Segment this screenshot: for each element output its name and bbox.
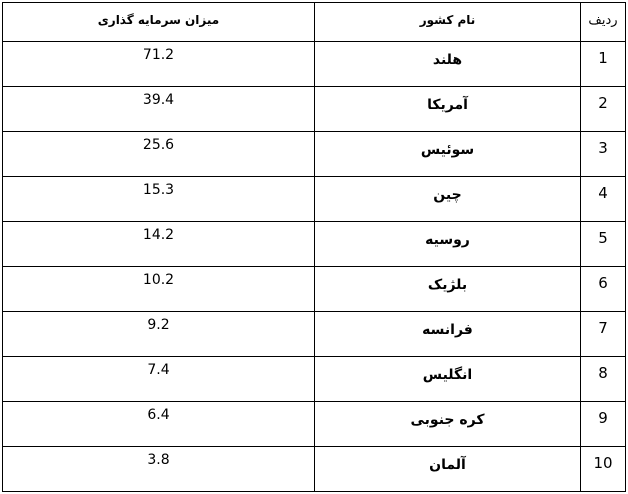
row-index: 7 [598, 319, 608, 337]
table-row: 7.4 انگلیس 8 [3, 357, 626, 402]
country-name: آلمان [429, 457, 466, 473]
country-name: بلژیک [428, 277, 467, 293]
amount-cell: 14.2 [3, 222, 315, 267]
table-row: 10.2 بلژیک 6 [3, 267, 626, 312]
amount-cell: 15.3 [3, 177, 315, 222]
index-cell: 6 [581, 267, 626, 312]
amount-value: 6.4 [147, 407, 169, 423]
country-cell: فرانسه [315, 312, 581, 357]
index-cell: 2 [581, 87, 626, 132]
row-index: 8 [598, 364, 608, 382]
header-index: ردیف [581, 3, 626, 42]
country-name: کره جنوبی [411, 412, 485, 428]
amount-cell: 25.6 [3, 132, 315, 177]
header-country-label: نام کشور [420, 13, 476, 27]
country-name: انگلیس [423, 367, 472, 383]
amount-cell: 10.2 [3, 267, 315, 312]
amount-cell: 39.4 [3, 87, 315, 132]
amount-value: 15.3 [143, 182, 174, 198]
row-index: 3 [598, 139, 608, 157]
index-cell: 7 [581, 312, 626, 357]
country-name: سوئیس [421, 142, 474, 158]
row-index: 4 [598, 184, 608, 202]
row-index: 2 [598, 94, 608, 112]
index-cell: 10 [581, 447, 626, 492]
amount-value: 25.6 [143, 137, 174, 153]
country-cell: روسیه [315, 222, 581, 267]
amount-cell: 9.2 [3, 312, 315, 357]
row-index: 5 [598, 229, 608, 247]
amount-value: 9.2 [147, 317, 169, 333]
amount-cell: 71.2 [3, 42, 315, 87]
table-row: 9.2 فرانسه 7 [3, 312, 626, 357]
row-index: 6 [598, 274, 608, 292]
investment-table: میزان سرمایه گذاری نام کشور ردیف 71.2 هل… [2, 2, 626, 492]
table-header-row: میزان سرمایه گذاری نام کشور ردیف [3, 3, 626, 42]
table-row: 39.4 آمریکا 2 [3, 87, 626, 132]
country-name: هلند [433, 52, 462, 68]
header-country: نام کشور [315, 3, 581, 42]
row-index: 1 [598, 49, 608, 67]
table-row: 6.4 کره جنوبی 9 [3, 402, 626, 447]
index-cell: 1 [581, 42, 626, 87]
index-cell: 8 [581, 357, 626, 402]
index-cell: 3 [581, 132, 626, 177]
table-row: 71.2 هلند 1 [3, 42, 626, 87]
index-cell: 5 [581, 222, 626, 267]
country-cell: بلژیک [315, 267, 581, 312]
country-name: چین [433, 187, 461, 203]
amount-value: 14.2 [143, 227, 174, 243]
table-row: 25.6 سوئیس 3 [3, 132, 626, 177]
country-cell: سوئیس [315, 132, 581, 177]
country-cell: انگلیس [315, 357, 581, 402]
header-index-label: ردیف [588, 13, 617, 28]
country-cell: آلمان [315, 447, 581, 492]
row-index: 10 [593, 454, 612, 472]
country-name: روسیه [425, 232, 470, 248]
index-cell: 9 [581, 402, 626, 447]
table-row: 14.2 روسیه 5 [3, 222, 626, 267]
country-name: آمریکا [427, 97, 468, 113]
amount-cell: 6.4 [3, 402, 315, 447]
amount-value: 3.8 [147, 452, 169, 468]
country-cell: هلند [315, 42, 581, 87]
header-amount-label: میزان سرمایه گذاری [98, 13, 219, 27]
amount-cell: 7.4 [3, 357, 315, 402]
row-index: 9 [598, 409, 608, 427]
country-cell: آمریکا [315, 87, 581, 132]
amount-value: 7.4 [147, 362, 169, 378]
country-cell: کره جنوبی [315, 402, 581, 447]
table-row: 3.8 آلمان 10 [3, 447, 626, 492]
header-amount: میزان سرمایه گذاری [3, 3, 315, 42]
country-cell: چین [315, 177, 581, 222]
table-row: 15.3 چین 4 [3, 177, 626, 222]
country-name: فرانسه [422, 322, 473, 338]
amount-value: 71.2 [143, 47, 174, 63]
amount-cell: 3.8 [3, 447, 315, 492]
amount-value: 10.2 [143, 272, 174, 288]
amount-value: 39.4 [143, 92, 174, 108]
index-cell: 4 [581, 177, 626, 222]
